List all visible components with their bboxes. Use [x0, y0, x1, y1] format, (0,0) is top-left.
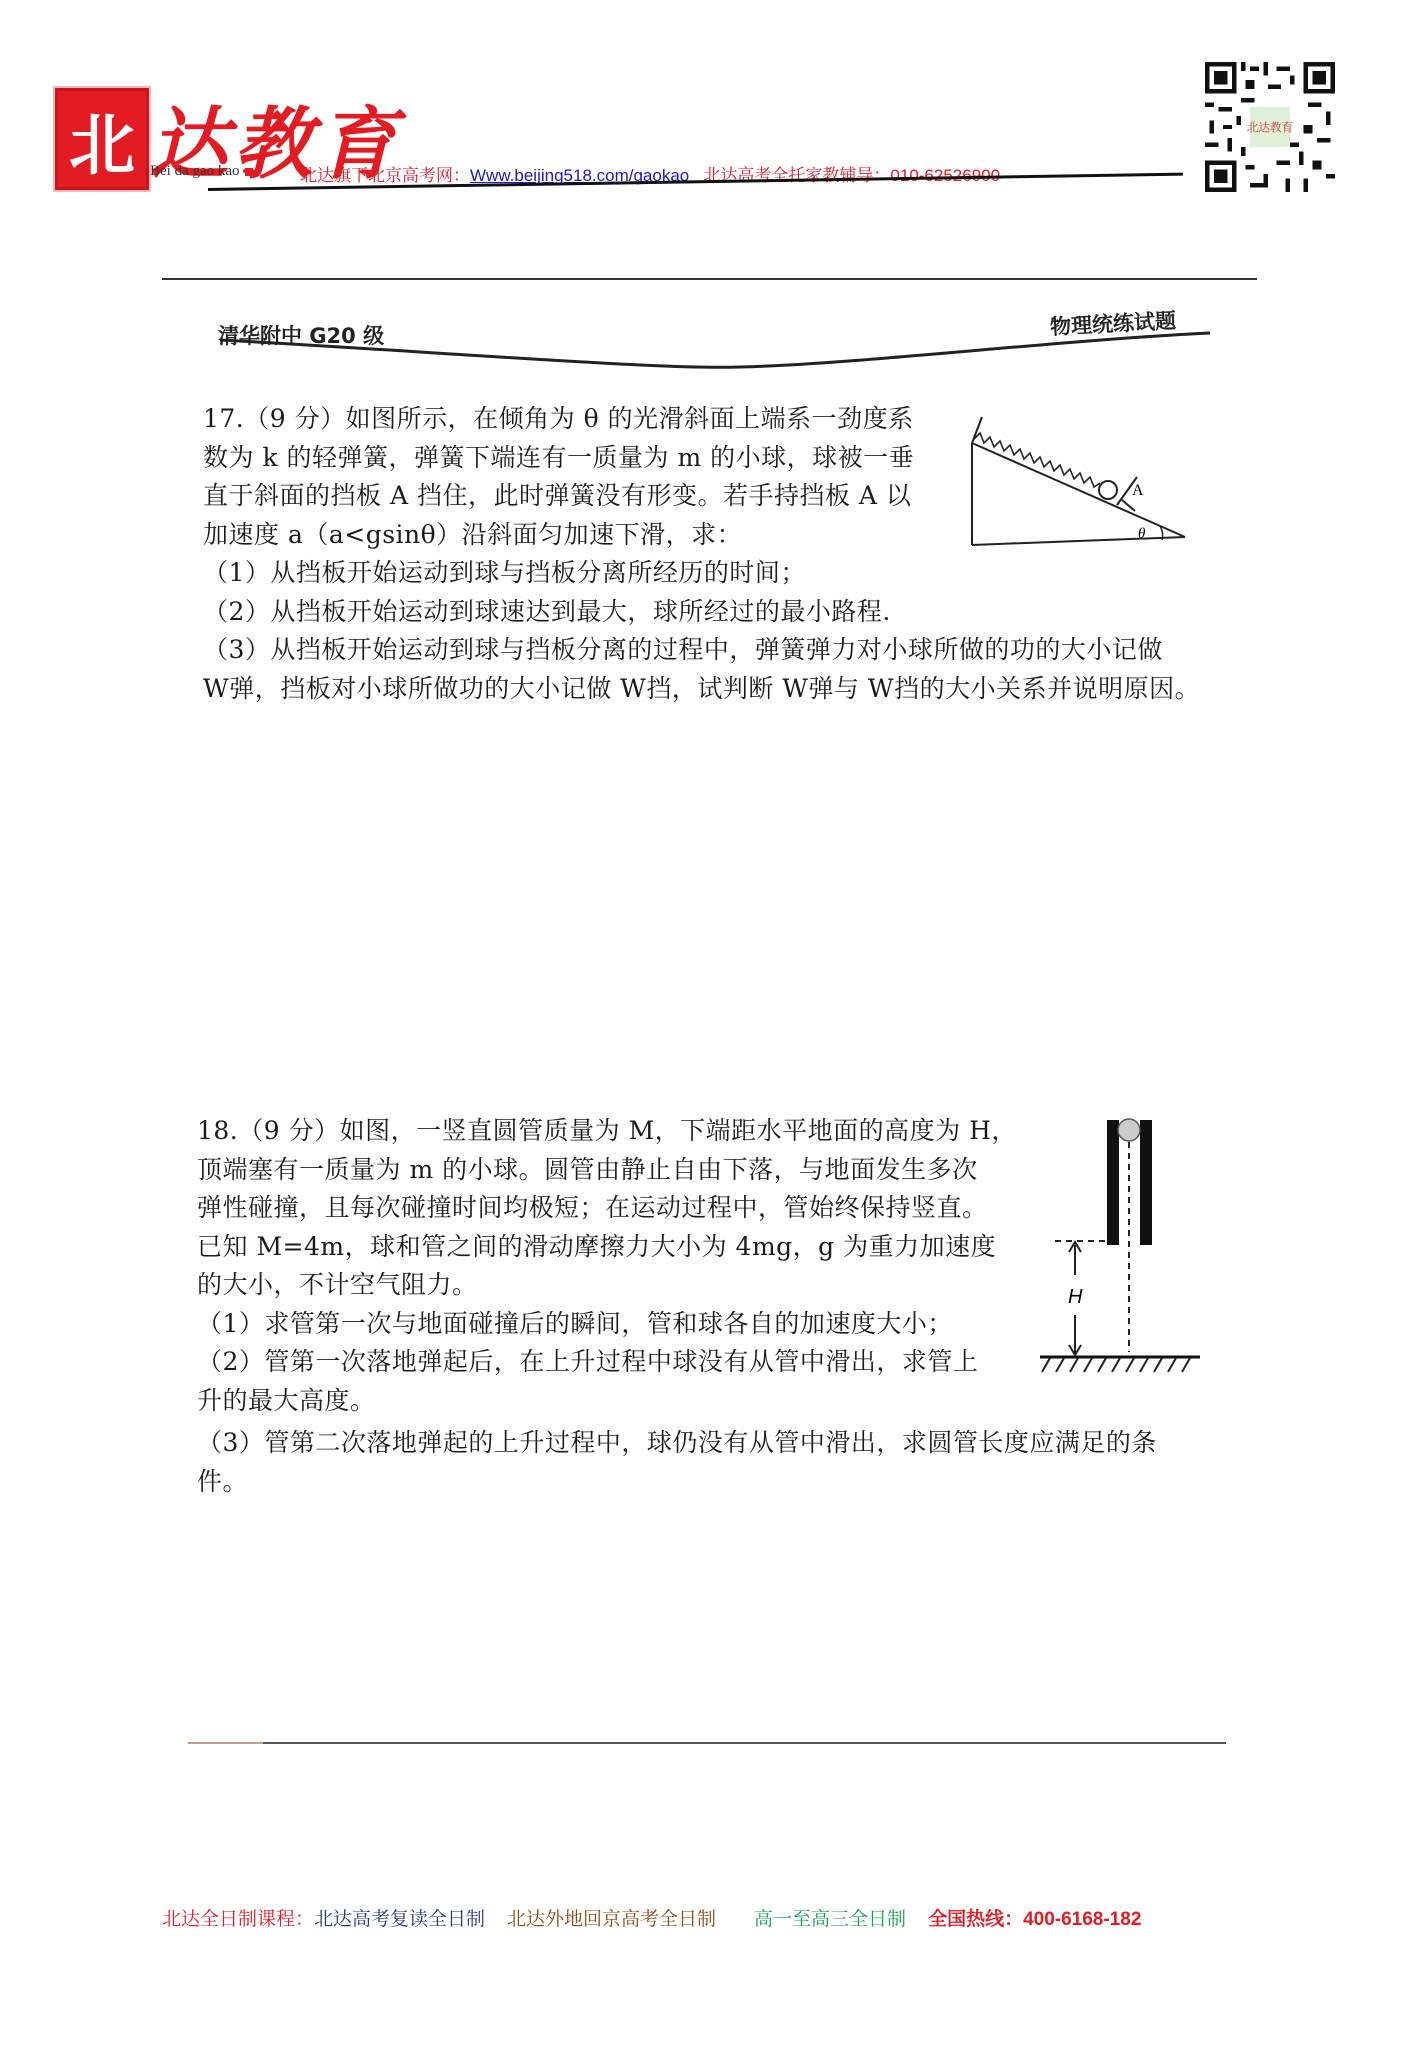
question-17-part-3: （3）从挡板开始运动到球与挡板分离的过程中，弹簧弹力对小球所做的功的大小记做 — [203, 631, 1200, 670]
question-number: 18. — [197, 1116, 238, 1145]
question-18-part-1: （1）求管第一次与地面碰撞后的瞬间，管和球各自的加速度大小； — [197, 1305, 1157, 1344]
question-18-part-3-cont: 件。 — [197, 1463, 1157, 1502]
divider-accent — [188, 1742, 263, 1744]
scan-top-divider — [162, 278, 1257, 280]
question-points: （9 分） — [238, 1116, 339, 1145]
qr-code-icon: 北达教育 — [1205, 62, 1335, 192]
plate-label: A — [1132, 482, 1144, 499]
question-18-line-2: 顶端塞有一质量为 m 的小球。圆管由静止自由下落，与地面发生多次 — [197, 1151, 1157, 1190]
exam-header-curve — [210, 320, 1220, 370]
question-points: （9 分） — [244, 404, 345, 433]
question-18-part-2-cont: 升的最大高度。 — [197, 1382, 1157, 1421]
question-number: 17. — [203, 404, 244, 433]
tube-ball-figure: H — [1040, 1100, 1220, 1390]
question-18-line-3: 弹性碰撞，且每次碰撞时间均极短；在运动过程中，管始终保持竖直。 — [197, 1189, 1157, 1228]
question-18: 18.（9 分）如图，一竖直圆管质量为 M，下端距水平地面的高度为 H， 顶端塞… — [197, 1112, 1157, 1501]
stem-text: 如图，一竖直圆管质量为 M，下端距水平地面的高度为 H， — [340, 1116, 1017, 1145]
height-label: H — [1068, 1286, 1083, 1308]
footer-hotline: 全国热线：400-6168-182 — [928, 1909, 1141, 1930]
question-18-part-2: （2）管第一次落地弹起后，在上升过程中球没有从管中滑出，求管上 — [197, 1343, 1157, 1382]
logo-subtitle-text: Bei da gao kao — [150, 163, 240, 179]
footer-repeat-course[interactable]: 北达高考复读全日制 — [314, 1909, 485, 1930]
incline-spring-figure: A θ — [960, 405, 1200, 550]
square-bullet-icon — [245, 168, 253, 176]
question-17-part-1: （1）从挡板开始运动到球与挡板分离所经历的时间； — [203, 554, 1200, 593]
question-18-line-4: 已知 M=4m，球和管之间的滑动摩擦力大小为 4mg，g 为重力加速度 — [197, 1228, 1157, 1267]
bottom-divider — [188, 1742, 1226, 1744]
footer-courses-label: 北达全日制课程： — [162, 1909, 314, 1930]
footer-return-course[interactable]: 北达外地回京高考全日制 — [507, 1909, 716, 1930]
stem-text: 如图所示，在倾角为 θ 的光滑斜面上端系一劲度系 — [346, 404, 914, 433]
logo-mark: 北 — [55, 88, 149, 190]
site-label: 北达旗下北京高考网： — [300, 166, 470, 185]
footer-links: 北达全日制课程：北达高考复读全日制北达外地回京高考全日制高一至高三全日制全国热线… — [162, 1904, 1163, 1931]
question-17-part-2: （2）从挡板开始运动到球速达到最大，球所经过的最小路程. — [203, 593, 1200, 632]
logo-subtitle: Bei da gao kao — [150, 163, 253, 180]
footer-highschool-course[interactable]: 高一至高三全日制 — [754, 1909, 906, 1930]
angle-label: θ — [1138, 526, 1146, 542]
question-18-line-1: 18.（9 分）如图，一竖直圆管质量为 M，下端距水平地面的高度为 H， — [197, 1112, 1157, 1151]
question-18-line-5: 的大小，不计空气阻力。 — [197, 1266, 1157, 1305]
svg-text:北达教育: 北达教育 — [1247, 120, 1294, 134]
question-18-part-3: （3）管第二次落地弹起的上升过程中，球仍没有从管中滑出，求圆管长度应满足的条 — [197, 1424, 1157, 1463]
question-17-part-3-cont: W弹，挡板对小球所做功的大小记做 W挡，试判断 W弹与 W挡的大小关系并说明原因… — [203, 670, 1200, 709]
